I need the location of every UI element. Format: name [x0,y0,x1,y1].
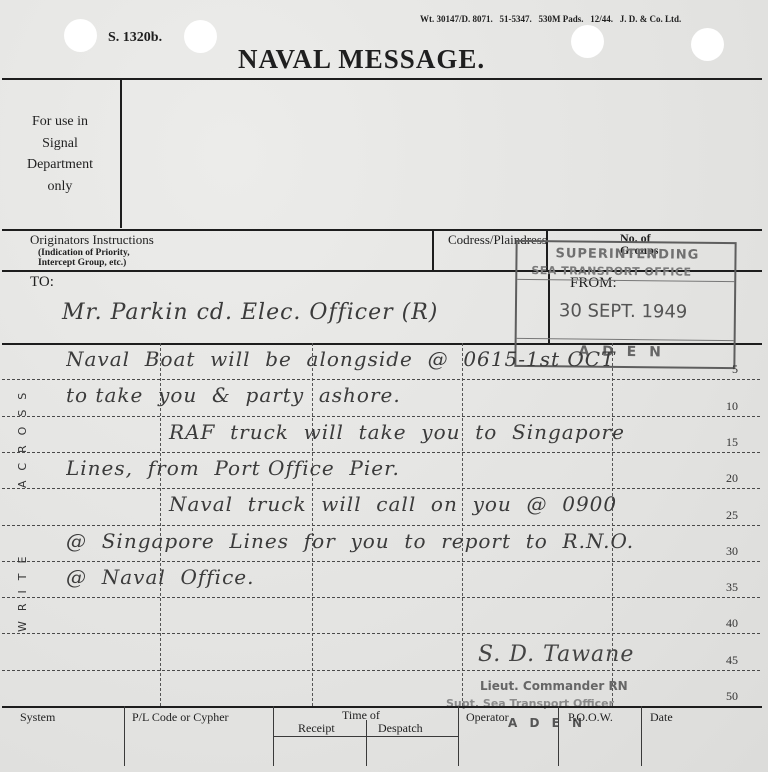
group-count-marker: 15 [726,435,738,450]
system-label: System [20,710,55,725]
message-line[interactable]: to take you & party ashore. [66,383,706,417]
despatch-time-field[interactable] [368,738,456,766]
to-label: TO: [30,274,54,291]
signal-department-field[interactable] [123,80,761,226]
code-field[interactable] [128,726,270,766]
operator-field[interactable] [462,726,556,766]
printer-line: Wt. 30147/D. 8071. 51-5347. 530M Pads. 1… [420,14,681,24]
page-title: NAVAL MESSAGE. [238,44,485,75]
group-count-marker: 5 [732,362,738,377]
divider [366,720,367,766]
receipt-time-field[interactable] [276,738,364,766]
punch-hole [184,20,217,53]
group-count-marker: 45 [726,653,738,668]
to-field[interactable]: Mr. Parkin cd. Elec. Officer (R) [62,300,438,325]
poow-label: P.O.O.W. [568,710,613,725]
group-count-marker: 30 [726,544,738,559]
punch-hole [571,25,604,58]
divider [641,706,642,766]
time-of-label: Time of [342,708,380,723]
divider [2,706,762,708]
signature-office: Supt. Sea Transport Officer [446,697,614,710]
originators-instructions-field[interactable] [200,232,428,268]
divider [124,706,125,766]
originators-instructions-label: Originators Instructions (Indication of … [30,232,154,268]
operator-label: Operator [466,710,509,725]
punch-hole [64,19,97,52]
message-line[interactable]: Naval Boat will be alongside @ 0615-1st … [66,347,706,381]
poow-field[interactable] [562,726,638,766]
group-count-marker: 20 [726,471,738,486]
message-line[interactable]: @ Naval Office. [66,565,706,599]
divider [458,706,459,766]
form-number: S. 1320b. [108,30,162,46]
system-field[interactable] [10,726,122,766]
signal-department-label: For use in Signal Department only [10,111,110,197]
signature-title: Lieut. Commander RN [480,679,628,693]
divider [558,706,559,766]
across-label: ACROSS [16,383,29,488]
write-label: WRITE [16,547,29,632]
message-line[interactable]: @ Singapore Lines for you to report to R… [66,529,706,563]
despatch-label: Despatch [378,721,423,736]
message-line[interactable]: Lines, from Port Office Pier. [66,456,706,490]
naval-message-form: S. 1320b. NAVAL MESSAGE. Wt. 30147/D. 80… [0,0,768,772]
divider [432,229,434,270]
divider [120,78,122,228]
code-label: P/L Code or Cypher [132,710,229,725]
punch-hole [691,28,724,61]
signature: S. D. Tawane [478,642,634,667]
date-field[interactable] [646,726,758,766]
group-count-marker: 35 [726,580,738,595]
message-line[interactable]: Naval truck will call on you @ 0900 [66,492,706,526]
date-label: Date [650,710,673,725]
message-line[interactable] [66,601,706,635]
group-count-marker: 10 [726,399,738,414]
receipt-label: Receipt [298,721,335,736]
group-count-marker: 50 [726,689,738,704]
group-count-marker: 40 [726,616,738,631]
group-count-marker: 25 [726,508,738,523]
message-line[interactable]: RAF truck will take you to Singapore [66,420,706,454]
